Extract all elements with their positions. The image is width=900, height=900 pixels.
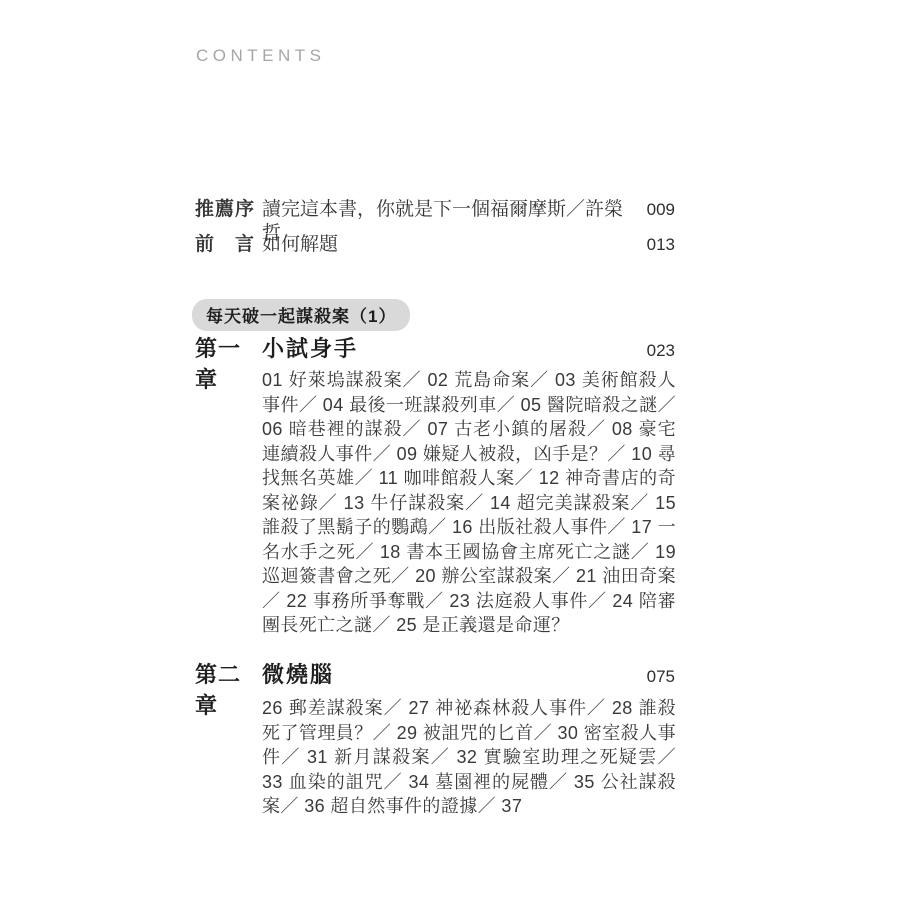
chapter-number: 第二章 (195, 658, 262, 720)
page-number: 009 (647, 198, 675, 222)
section-label: 推薦序 (195, 198, 262, 222)
contents-header: CONTENTS (196, 46, 326, 66)
chapter-title: 微燒腦 (262, 658, 647, 689)
section-title: 如何解題 (262, 233, 639, 257)
page-number: 075 (647, 667, 675, 687)
page-number: 013 (647, 233, 675, 257)
page-number: 023 (647, 341, 675, 361)
chapter-title: 小試身手 (262, 332, 647, 363)
front-matter-row-foreword: 前 言 如何解題 013 (195, 233, 675, 257)
section-label: 前 言 (195, 233, 262, 257)
chapter-2-case-list: 26 郵差謀殺案／ 27 神祕森林殺人事件／ 28 誰殺死了管理員？／ 29 被… (262, 696, 676, 819)
toc-page: CONTENTS 推薦序 讀完這本書，你就是下一個福爾摩斯／許榮哲 009 前 … (0, 0, 900, 900)
chapter-number: 第一章 (195, 332, 262, 394)
chapter-1-case-list: 01 好萊塢謀殺案／ 02 荒島命案／ 03 美術館殺人事件／ 04 最後一班謀… (262, 368, 676, 638)
series-badge: 每天破一起謀殺案（1） (192, 299, 410, 331)
